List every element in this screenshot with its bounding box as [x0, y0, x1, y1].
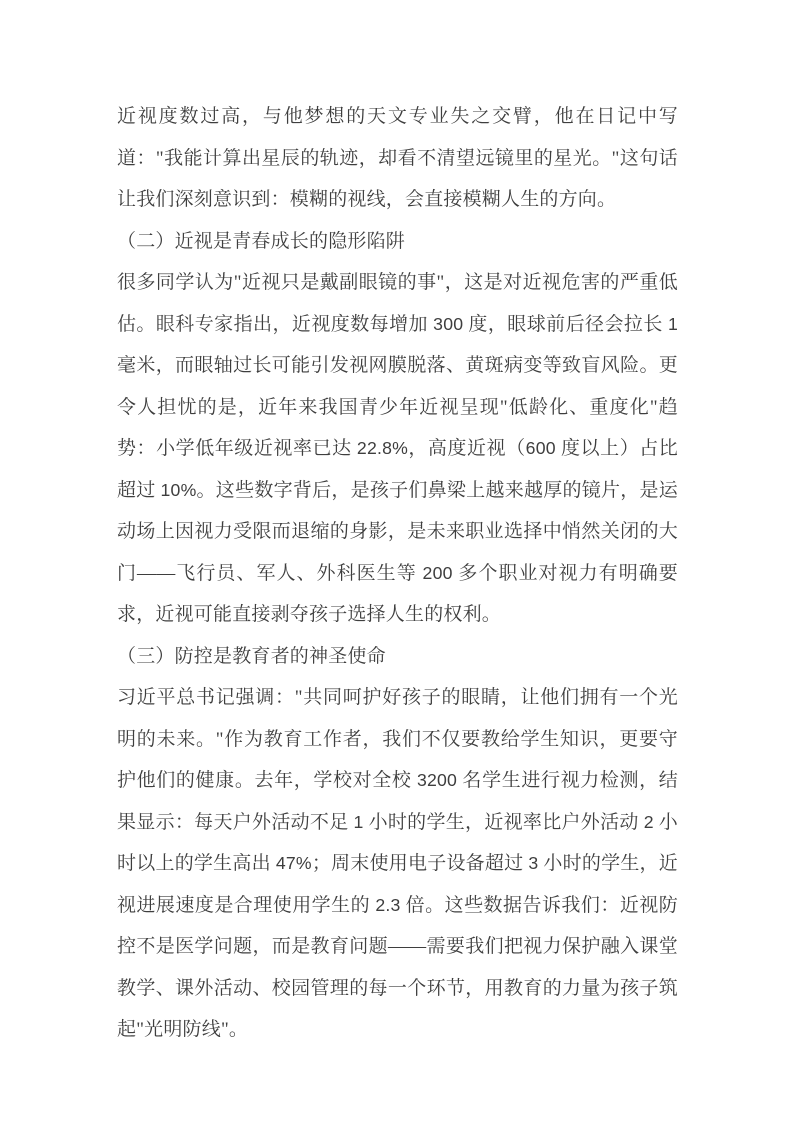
section-heading-2: （二）近视是青春成长的隐形陷阱 [117, 221, 678, 263]
paragraph-prevention-mission: 习近平总书记强调："共同呵护好孩子的眼睛，让他们拥有一个光明的未来。"作为教育工… [117, 677, 678, 1051]
paragraph-myopia-hazards: 很多同学认为"近视只是戴副眼镜的事"，这是对近视危害的严重低估。眼科专家指出，近… [117, 262, 678, 636]
paragraph-myopia-diary: 近视度数过高，与他梦想的天文专业失之交臂，他在日记中写道："我能计算出星辰的轨迹… [117, 96, 678, 221]
document-text-body: 近视度数过高，与他梦想的天文专业失之交臂，他在日记中写道："我能计算出星辰的轨迹… [117, 96, 678, 1051]
document-page: 近视度数过高，与他梦想的天文专业失之交臂，他在日记中写道："我能计算出星辰的轨迹… [0, 0, 793, 1122]
section-heading-3: （三）防控是教育者的神圣使命 [117, 636, 678, 678]
